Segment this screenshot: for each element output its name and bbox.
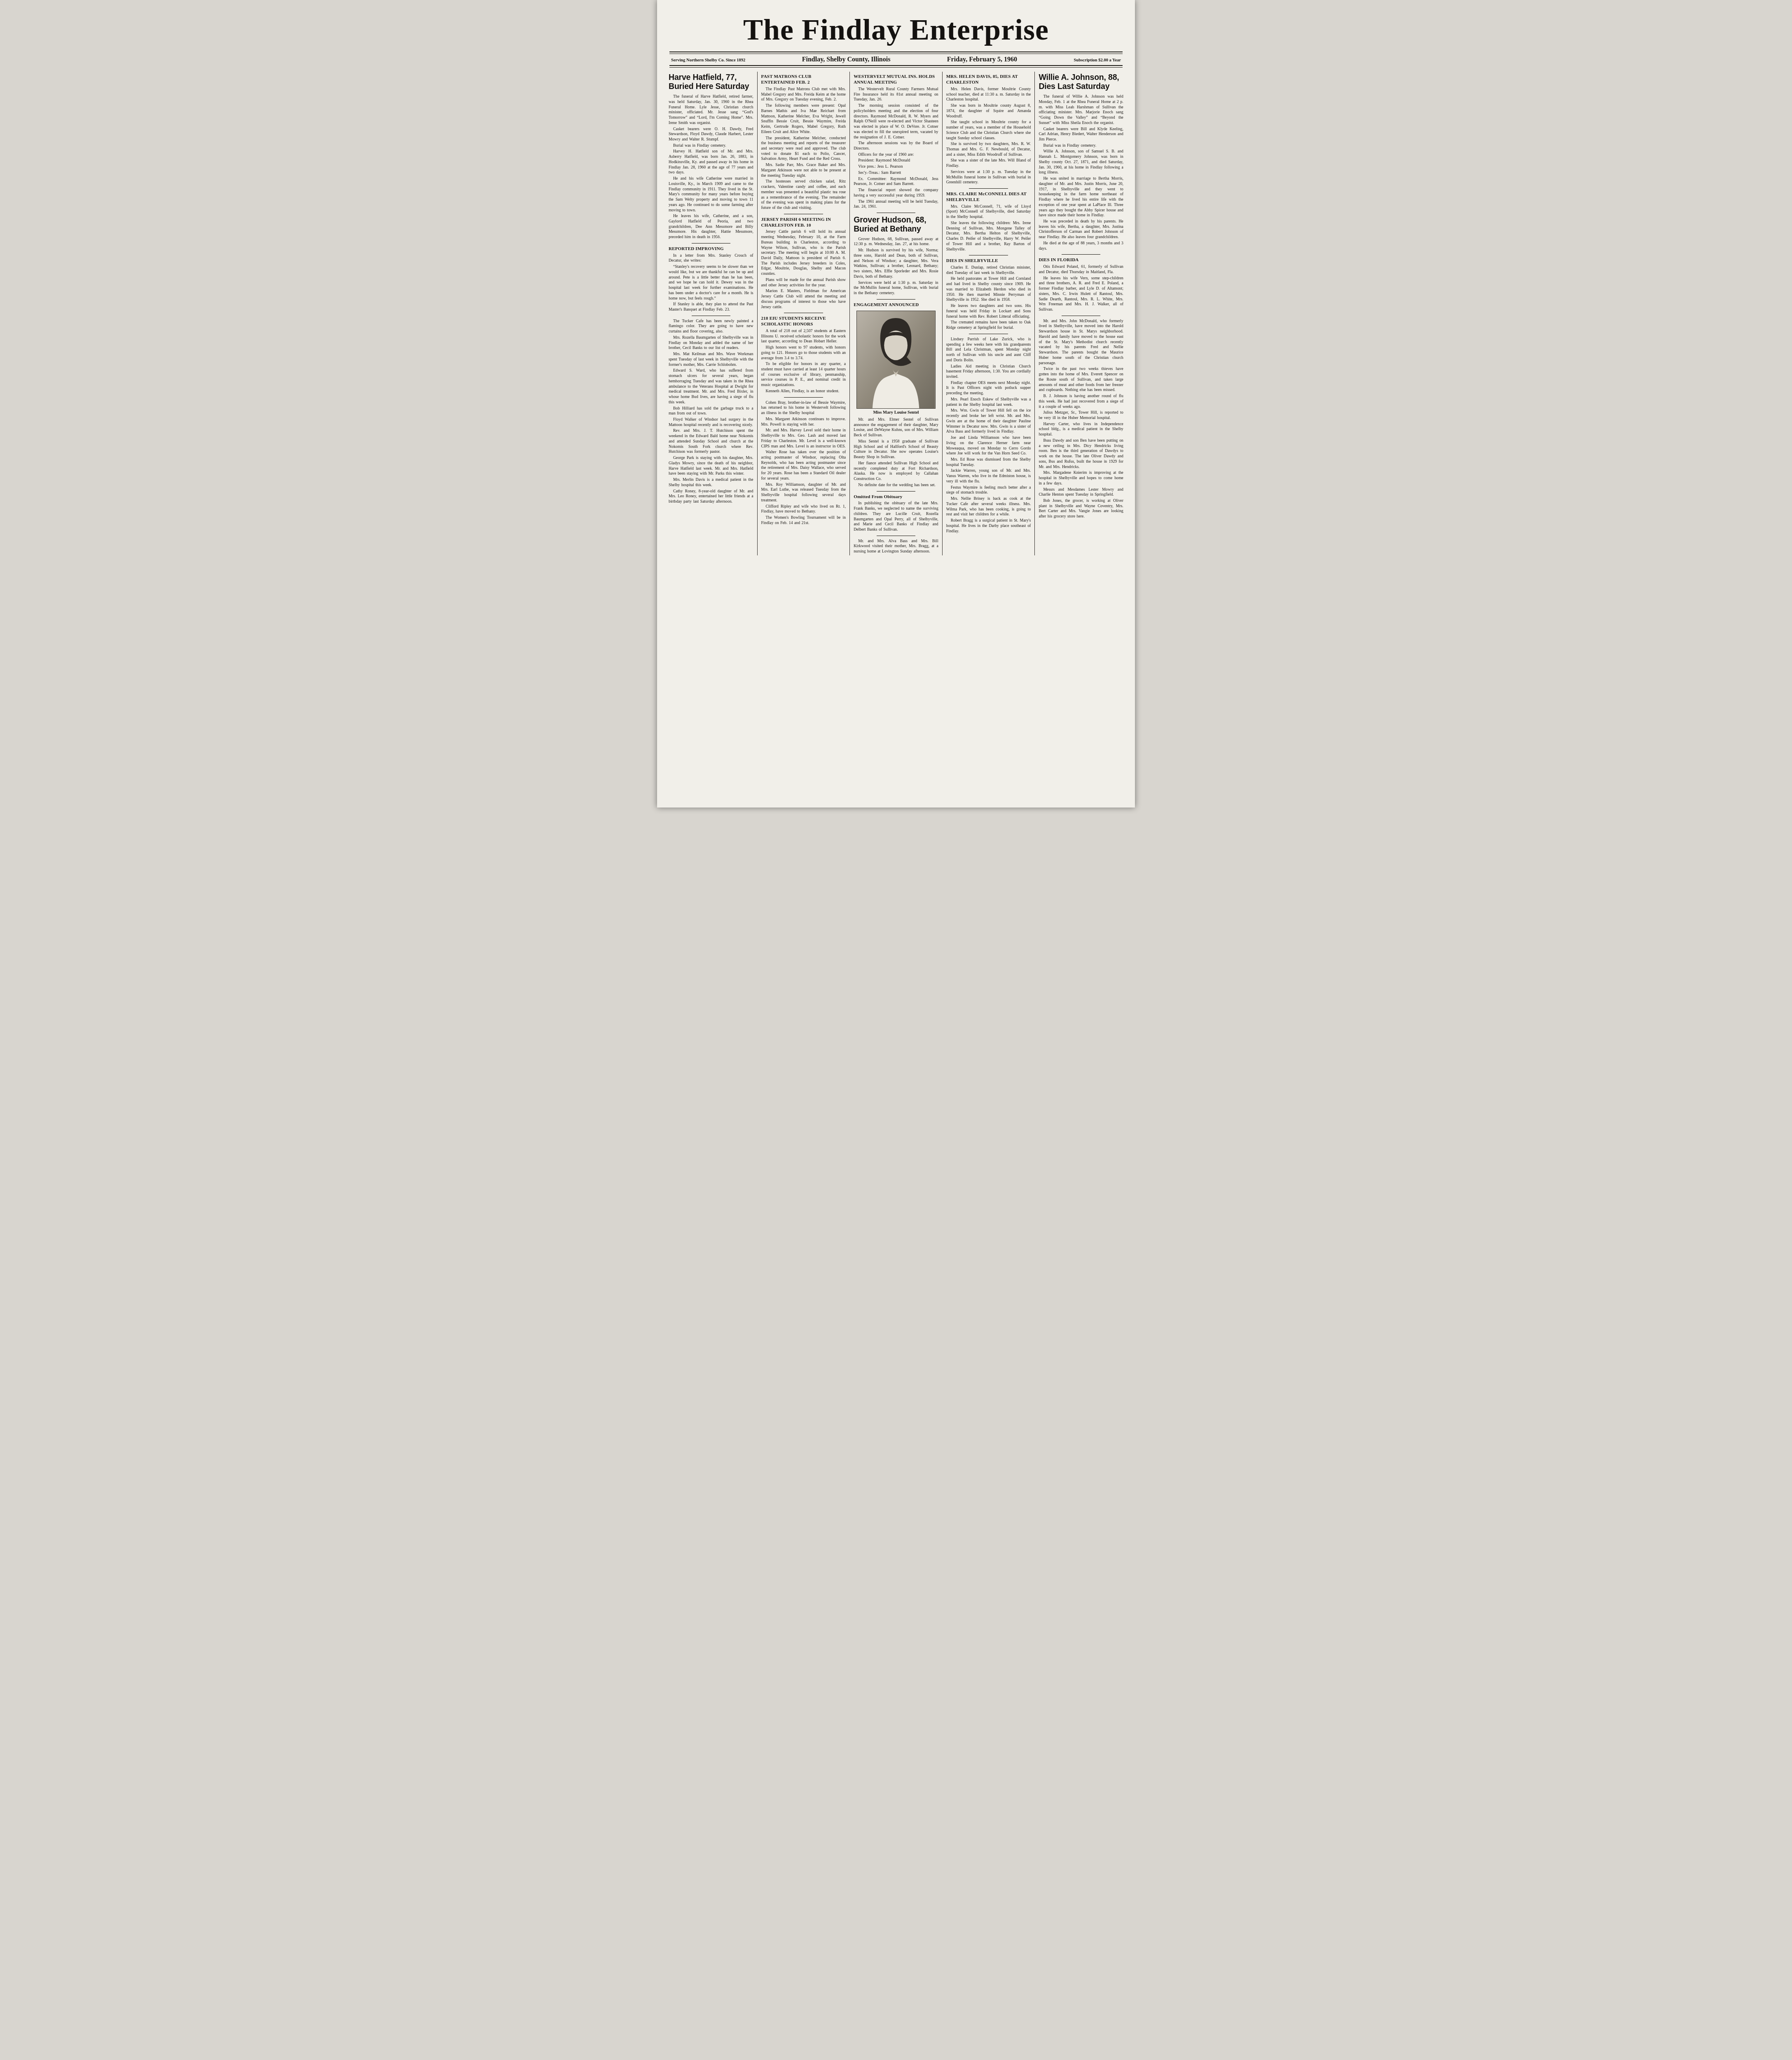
section-divider <box>784 397 823 398</box>
article-headline: Grover Hudson, 68, Buried at Bethany <box>854 216 938 234</box>
article-paragraph: Mrs. Claire McConnell, 71, wife of Lloyd… <box>946 204 1031 220</box>
article-paragraph: Mr. Hudson is survived by his wife, Norm… <box>854 248 938 279</box>
article-paragraph: Mrs. Margadene Knierim is improving at t… <box>1039 471 1123 486</box>
section-divider <box>692 243 731 243</box>
article-paragraph: Plans will be made for the annual Parish… <box>761 278 846 288</box>
section-divider <box>969 188 1008 189</box>
article-headline: Harve Hatfield, 77, Buried Here Saturday <box>669 73 753 91</box>
section-divider <box>969 334 1008 334</box>
article-paragraph: Mrs. Rozella Baumgarten of Shelbyville w… <box>669 335 753 351</box>
article-paragraph: Ladies Aid meeting in Christian Church b… <box>946 364 1031 380</box>
article-paragraph: Mrs. Pearl Enoch Eskew of Shelbyville wa… <box>946 397 1031 407</box>
newspaper-title: The Findlay Enterprise <box>668 15 1124 45</box>
article-paragraph: Mr. and Mrs. Elmer Sentel of Sullivan an… <box>854 417 938 438</box>
article-paragraph: In a letter from Mrs. Stanley Crouch of … <box>669 253 753 264</box>
article-paragraph: She is survived by two daughters, Mrs. R… <box>946 142 1031 157</box>
article-paragraph: She leaves the following children: Mrs. … <box>946 221 1031 252</box>
section-divider <box>877 299 916 300</box>
dateline-date: Friday, February 5, 1960 <box>947 56 1017 63</box>
article-subhead: JERSEY PARISH 6 MEETING IN CHARLESTON FE… <box>761 217 846 229</box>
article-paragraph: Mr. and Mrs. Harvey Level sold their hom… <box>761 428 846 449</box>
article-paragraph: The Westervelt Rural County Farmers Mutu… <box>854 87 938 103</box>
article-subhead: 218 EIU STUDENTS RECEIVE SCHOLASTIC HONO… <box>761 316 846 328</box>
article-paragraph: Mrs. Helen Davis, former Moultrie County… <box>946 87 1031 103</box>
article-paragraph: He and his wife Catherine were married i… <box>669 176 753 213</box>
article-paragraph: The Women's Bowling Tournament will be i… <box>761 515 846 526</box>
article-paragraph: Mrs. Wm. Gwin of Tower Hill fell on the … <box>946 408 1031 435</box>
article-paragraph: The afternoon sessions was by the Board … <box>854 141 938 151</box>
article-paragraph: Lindsey Parrish of Lake Zurick, who is s… <box>946 337 1031 363</box>
article-paragraph: To be eligible for honors in any quarter… <box>761 362 846 388</box>
article-paragraph: In publishing the obituary of the late M… <box>854 501 938 532</box>
article-paragraph: The hostesses served chicken salad, Ritz… <box>761 179 846 211</box>
article-paragraph: Edward S. Ward, who has suffered from st… <box>669 368 753 405</box>
article-paragraph: Mrs. Ed Rose was dismissed from the Shel… <box>946 457 1031 468</box>
article-paragraph: Mrs. Sadie Parr, Mrs. Grace Baker and Mr… <box>761 163 846 178</box>
article-paragraph: No definite date for the wedding has bee… <box>854 483 938 488</box>
article-paragraph: Grover Hudson, 68, Sullivan, passed away… <box>854 237 938 247</box>
news-column-5: Willie A. Johnson, 88, Dies Last Saturda… <box>1035 72 1124 555</box>
article-subhead: DIES IN FLORIDA <box>1039 257 1123 263</box>
article-paragraph: Services were held at 1:30 p. m. Saturda… <box>854 281 938 296</box>
article-paragraph: Burial was in Findlay cemetery. <box>669 143 753 149</box>
article-paragraph: Walter Rose has taken over the position … <box>761 450 846 481</box>
article-paragraph: He leaves two daughters and two sons. Hi… <box>946 304 1031 319</box>
article-paragraph: Mr. and Mrs. Alva Bass and Mrs. Bill Kir… <box>854 539 938 555</box>
article-paragraph: President: Raymond McDonald <box>854 158 938 164</box>
article-subhead: MRS. HELEN DAVIS, 85, DIES AT CHARLESTON <box>946 74 1031 86</box>
article-paragraph: The 1961 annual meeting will be held Tue… <box>854 199 938 210</box>
article-paragraph: Otis Edward Poland, 61, formerly of Sull… <box>1039 265 1123 275</box>
article-paragraph: Cohen Bray, brother-in-law of Bessie Way… <box>761 400 846 416</box>
article-paragraph: Burial was in Findlay cemetery. <box>1039 143 1123 149</box>
news-column-4: MRS. HELEN DAVIS, 85, DIES AT CHARLESTON… <box>943 72 1035 555</box>
article-subhead: PAST MATRONS CLUB ENTERTAINED FEB. 2 <box>761 74 846 86</box>
section-divider <box>877 213 916 213</box>
newspaper-page: The Findlay Enterprise Serving Northern … <box>657 0 1135 808</box>
section-divider <box>877 536 916 536</box>
article-paragraph: Cathy Roney, 8-year-old daughter of Mr. … <box>669 489 753 505</box>
article-paragraph: Willie A. Johnson, son of Samuel S. B. a… <box>1039 149 1123 176</box>
article-paragraph: She was born in Moultrie county August 8… <box>946 103 1031 119</box>
article-paragraph: Charles E. Dunlap, retired Christian min… <box>946 265 1031 276</box>
article-paragraph: Julius Metzger, Sr., Tower Hill, is repo… <box>1039 410 1123 421</box>
article-paragraph: Mrs. Merlin Davis is a medical patient i… <box>669 478 753 488</box>
dateline-place: Findlay, Shelby County, Illinois <box>802 56 891 63</box>
article-subhead: ENGAGEMENT ANNOUNCED <box>854 302 938 308</box>
article-paragraph: Harvey Carter, who lives in Independence… <box>1039 422 1123 438</box>
article-paragraph: He was preceded in death by his parents.… <box>1039 219 1123 240</box>
article-paragraph: Rev. and Mrs. J. T. Hutchison spent the … <box>669 428 753 455</box>
dateline: Serving Northern Shelby Co. Since 1892 F… <box>668 54 1124 65</box>
article-paragraph: He was united in marriage to Bertha Morr… <box>1039 176 1123 218</box>
article-paragraph: Sec'y.-Treas.: Sam Barrett <box>854 171 938 176</box>
article-paragraph: Twice in the past two weeks thieves have… <box>1039 367 1123 393</box>
article-paragraph: He leaves his wife, Catherine, and a son… <box>669 214 753 240</box>
section-divider <box>969 255 1008 255</box>
columns-container: Harve Hatfield, 77, Buried Here Saturday… <box>668 72 1124 555</box>
section-divider <box>1062 254 1101 255</box>
article-paragraph: The morning session consisted of the pol… <box>854 103 938 140</box>
section-divider <box>877 491 916 492</box>
article-paragraph: “Stanley's recovery seems to be slower t… <box>669 265 753 301</box>
article-paragraph: Mrs. Mat Keilman and Mrs. Wave Workman s… <box>669 352 753 368</box>
article-subhead: Omitted From Obituary <box>854 494 938 500</box>
article-headline: Willie A. Johnson, 88, Dies Last Saturda… <box>1039 73 1123 91</box>
article-paragraph: Casket bearers were O. H. Dawdy, Fred St… <box>669 127 753 143</box>
article-paragraph: Buss Dawdy and son Ben have been putting… <box>1039 438 1123 470</box>
article-paragraph: He held pastorates at Tower Hill and Cor… <box>946 276 1031 303</box>
article-paragraph: Marion E. Masters, Fieldman for American… <box>761 289 846 310</box>
article-paragraph: The Findlay Past Matrons Club met with M… <box>761 87 846 103</box>
article-paragraph: The president, Katherine Melcher, conduc… <box>761 136 846 162</box>
article-paragraph: Vice pres.: Jess L. Pearson <box>854 164 938 170</box>
article-paragraph: He leaves his wife Vern, some step-child… <box>1039 276 1123 313</box>
article-paragraph: Officers for the year of 1960 are: <box>854 152 938 158</box>
article-paragraph: Mrs. Margaret Atkinson continues to impr… <box>761 417 846 427</box>
article-paragraph: High honors went to 97 students, with ho… <box>761 345 846 361</box>
masthead-rule-bottom <box>669 65 1123 68</box>
article-paragraph: Jackie Warren, young son of Mr. and Mrs.… <box>946 468 1031 484</box>
article-paragraph: Miss Sentel is a 1958 graduate of Sulliv… <box>854 439 938 460</box>
article-paragraph: Festus Waymire is feeling much better af… <box>946 485 1031 496</box>
article-subhead: WESTERVELT MUTUAL INS. HOLDS ANNUAL MEET… <box>854 74 938 86</box>
article-paragraph: The cremated remains have been taken to … <box>946 320 1031 330</box>
news-column-2: PAST MATRONS CLUB ENTERTAINED FEB. 2The … <box>758 72 850 555</box>
news-column-1: Harve Hatfield, 77, Buried Here Saturday… <box>668 72 758 555</box>
news-column-3: WESTERVELT MUTUAL INS. HOLDS ANNUAL MEET… <box>850 72 943 555</box>
article-paragraph: B. J. Johnson is having another round of… <box>1039 394 1123 410</box>
article-paragraph: A total of 218 out of 2,507 students at … <box>761 329 846 344</box>
photo-caption: Miss Mary Louise Sentel <box>854 410 938 415</box>
article-paragraph: Findlay chapter OES meets next Monday ni… <box>946 381 1031 396</box>
section-divider <box>784 214 823 214</box>
article-paragraph: Mr. and Mrs. John McDonald, who formerly… <box>1039 319 1123 366</box>
article-subhead: REPORTED IMPROVING <box>669 246 753 252</box>
article-paragraph: Messrs and Mesdames Lester Mowry and Cha… <box>1039 487 1123 498</box>
article-paragraph: Floyd Walker of Windsor had surgery in t… <box>669 417 753 428</box>
section-divider <box>1062 316 1101 316</box>
article-paragraph: Harvey H. Hatfield son of Mr. and Mrs. A… <box>669 149 753 176</box>
article-paragraph: Joe and Linda Williamson who have been l… <box>946 435 1031 456</box>
article-paragraph: She taught school in Moultrie county for… <box>946 120 1031 141</box>
article-paragraph: Her fiance attended Sullivan High School… <box>854 461 938 482</box>
article-paragraph: She was a sister of the late Mrs. Will B… <box>946 158 1031 169</box>
article-paragraph: He died at the age of 88 years, 3 months… <box>1039 241 1123 251</box>
article-paragraph: Kenneth Allen, Findlay, is an honor stud… <box>761 389 846 394</box>
engagement-portrait-photo <box>856 311 935 409</box>
article-paragraph: Services were at 1:30 p. m. Tuesday in t… <box>946 170 1031 185</box>
article-subhead: DIES IN SHELBYVILLE <box>946 258 1031 264</box>
dateline-tagline: Serving Northern Shelby Co. Since 1892 <box>671 58 745 63</box>
section-divider <box>784 313 823 313</box>
article-paragraph: The funeral of Harve Hatfield, retired f… <box>669 94 753 126</box>
article-paragraph: George Park is staying with his daughter… <box>669 456 753 477</box>
article-paragraph: Mrs. Nellie Briney is back as cook at th… <box>946 496 1031 517</box>
article-paragraph: Mrs. Roy Williamson, daughter of Mr. and… <box>761 482 846 503</box>
masthead: The Findlay Enterprise <box>668 9 1124 45</box>
article-subhead: MRS. CLAIRE McCONNELL DIES AT SHELBYVILL… <box>946 192 1031 203</box>
article-paragraph: Jersey Cattle parish 6 will hold its ann… <box>761 229 846 277</box>
article-paragraph: If Stanley is able, they plan to attend … <box>669 302 753 312</box>
article-paragraph: Clifford Ripley and wife who lived on Rt… <box>761 504 846 515</box>
article-paragraph: The Tucker Cafe has been newly painted a… <box>669 319 753 335</box>
article-paragraph: The financial report showed the company … <box>854 188 938 198</box>
article-paragraph: Robert Bragg is a surgical patient in St… <box>946 518 1031 534</box>
article-paragraph: The funeral of Willie A. Johnson was hel… <box>1039 94 1123 126</box>
article-paragraph: Bob Jones, the grocer, is working at Oli… <box>1039 499 1123 520</box>
section-divider <box>692 316 731 316</box>
article-paragraph: The following members were present: Opal… <box>761 103 846 135</box>
article-paragraph: Ex. Committee: Raymond McDonald, Jess Pe… <box>854 177 938 187</box>
dateline-subscription: Subscription $2.00 a Year <box>1074 58 1121 63</box>
article-paragraph: Bob Hilliard has sold the garbage truck … <box>669 406 753 417</box>
article-paragraph: Casket bearers were Bill and Klyde Keeli… <box>1039 127 1123 143</box>
